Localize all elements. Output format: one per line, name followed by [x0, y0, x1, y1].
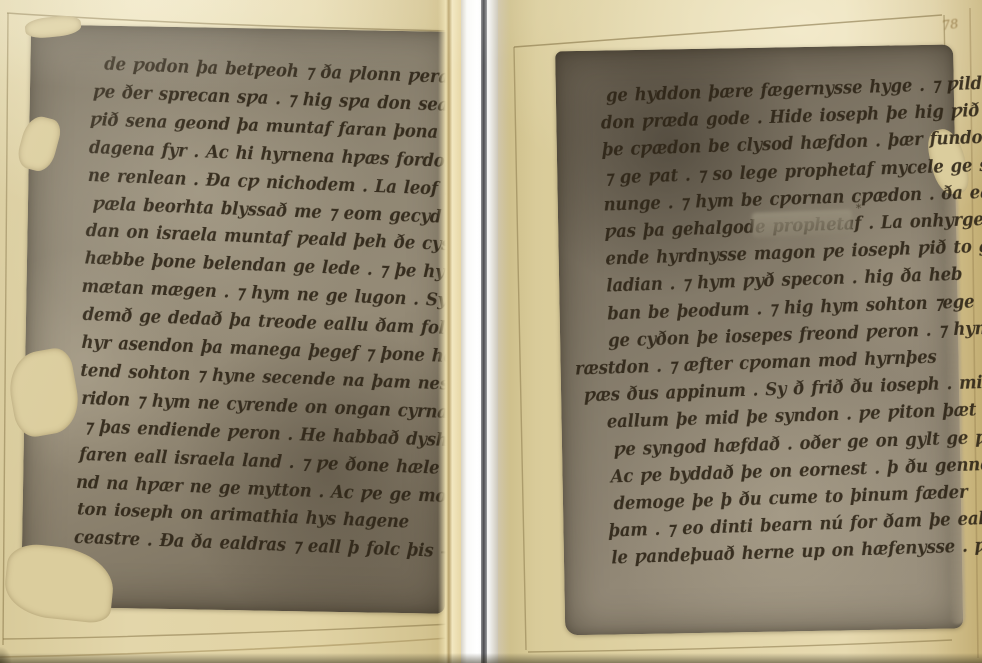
photo-bottom-shadow	[0, 653, 982, 663]
text-line: ban be þeodum . ⁊ hig hym sohton ⁊ege	[607, 291, 975, 324]
left-page: de ƿodon þa betƿeoh ⁊ ða ƿlonn ƿerafƿe ð…	[0, 0, 462, 663]
left-page-text: de ƿodon þa betƿeoh ⁊ ða ƿlonn ƿerafƿe ð…	[72, 54, 456, 608]
divider-line	[481, 0, 487, 663]
torn-notch	[24, 14, 82, 40]
right-page-text: ge hyddon þære fægernysse hyge . ⁊ ƿilda…	[600, 75, 968, 626]
divider-white-strip	[461, 0, 498, 663]
left-leaf-group: de ƿodon þa betƿeoh ⁊ ða ƿlonn ƿerafƿe ð…	[0, 0, 468, 663]
right-leaf-group: ge hyddon þære fægernysse hyge . ⁊ ƿilda…	[486, 0, 982, 663]
text-line: ƿe syngod hæfdað . oðer ge on gylt ge ƿi…	[613, 426, 982, 461]
torn-notch	[4, 346, 84, 440]
erasure-smudge	[752, 209, 853, 237]
text-line: eallum þe mid þe syndon . ƿe ƿiton þæt	[607, 400, 977, 433]
text-line: ladian . ⁊ hym ƿyð specon . hig ða heb	[606, 265, 963, 298]
divider-fade	[498, 0, 510, 663]
page-curl-highlight	[438, 0, 461, 663]
text-line: ƿið sena geond þa muntaf faran þona	[90, 109, 439, 143]
insertion-mark: *	[856, 202, 862, 215]
right-page: ge hyddon þære fægernysse hyge . ⁊ ƿilda…	[492, 0, 982, 663]
text-line: le ƿandeþuað herne up on hæfenysse . ƿe	[611, 536, 982, 570]
text-line: ceastre . Ða ða ealdras ⁊ eall þ folc þi…	[74, 527, 457, 563]
page-divider	[438, 0, 510, 663]
folio-number: 78	[941, 17, 959, 34]
torn-notch	[15, 113, 64, 174]
manuscript-photo: de ƿodon þa betƿeoh ⁊ ða ƿlonn ƿerafƿe ð…	[0, 0, 982, 663]
